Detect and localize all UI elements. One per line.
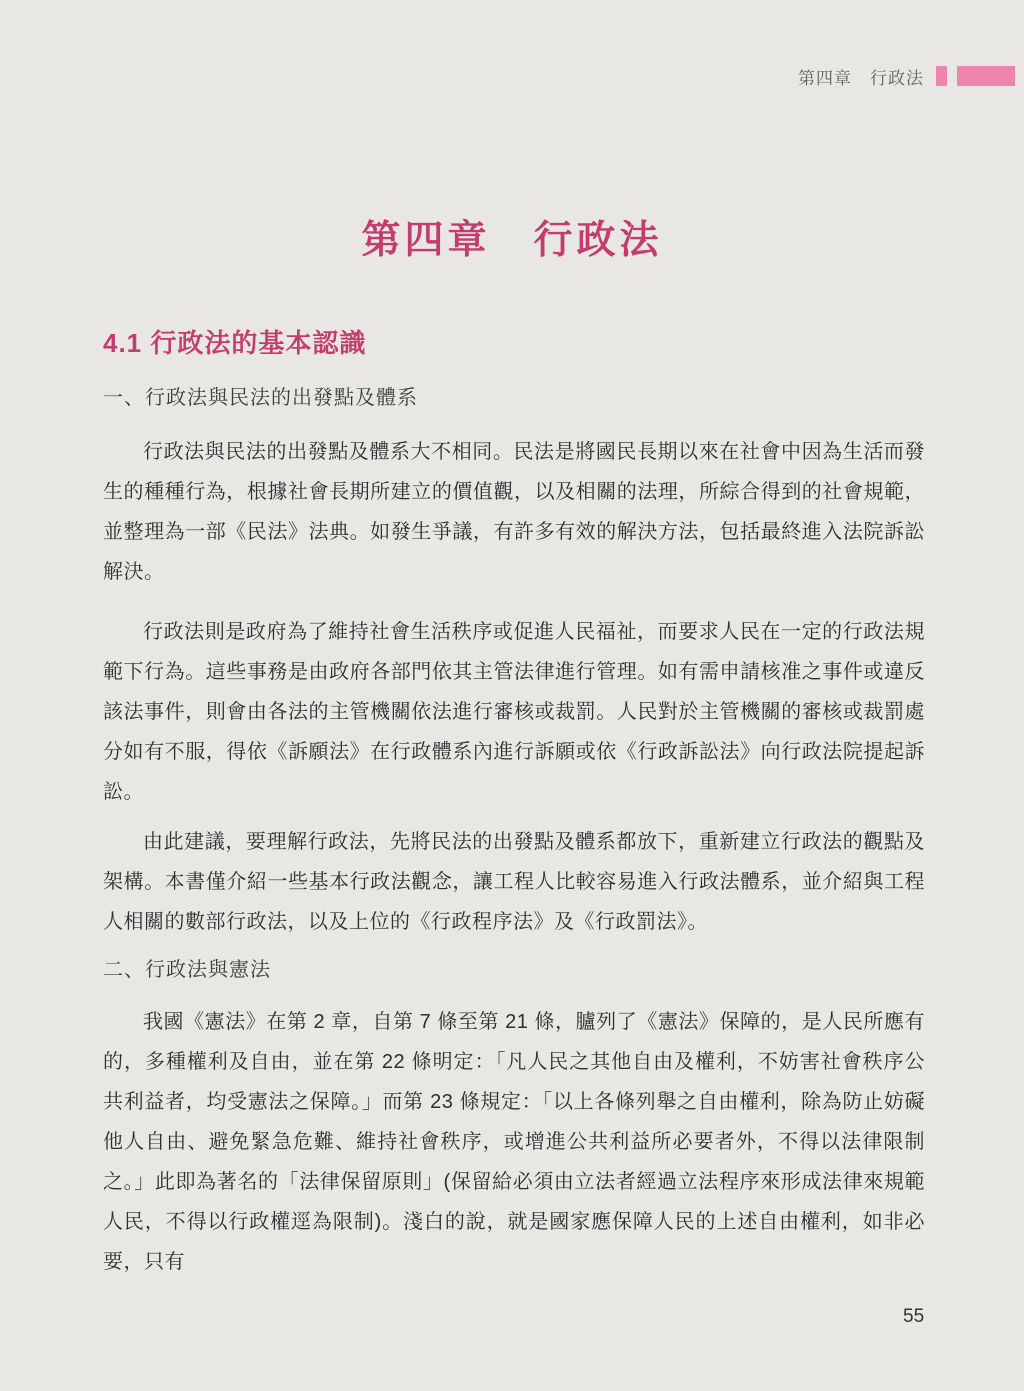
page-number: 55 <box>903 1306 924 1328</box>
header-accent-bar-large <box>957 66 1015 86</box>
running-header: 第四章 行政法 <box>798 64 1015 88</box>
book-page: 第四章 行政法 第四章 行政法 4.1 行政法的基本認識 一、行政法與民法的出發… <box>0 0 1024 1391</box>
subsection-heading-1: 一、行政法與民法的出發點及體系 <box>103 386 418 410</box>
header-accent-bar-small <box>936 66 947 86</box>
chapter-title: 第四章 行政法 <box>0 220 1024 263</box>
paragraph-1: 行政法與民法的出發點及體系大不相同。民法是將國民長期以來在社會中因為生活而發生的… <box>103 432 925 592</box>
paragraph-4: 我國《憲法》在第 2 章，自第 7 條至第 21 條，臚列了《憲法》保障的，是人… <box>103 1002 925 1282</box>
paragraph-2: 行政法則是政府為了維持社會生活秩序或促進人民福祉，而要求人民在一定的行政法規範下… <box>103 612 925 812</box>
running-header-text: 第四章 行政法 <box>798 64 924 89</box>
subsection-heading-2: 二、行政法與憲法 <box>103 958 271 982</box>
paragraph-3: 由此建議，要理解行政法，先將民法的出發點及體系都放下，重新建立行政法的觀點及架構… <box>103 822 925 942</box>
section-heading: 4.1 行政法的基本認識 <box>103 329 366 358</box>
